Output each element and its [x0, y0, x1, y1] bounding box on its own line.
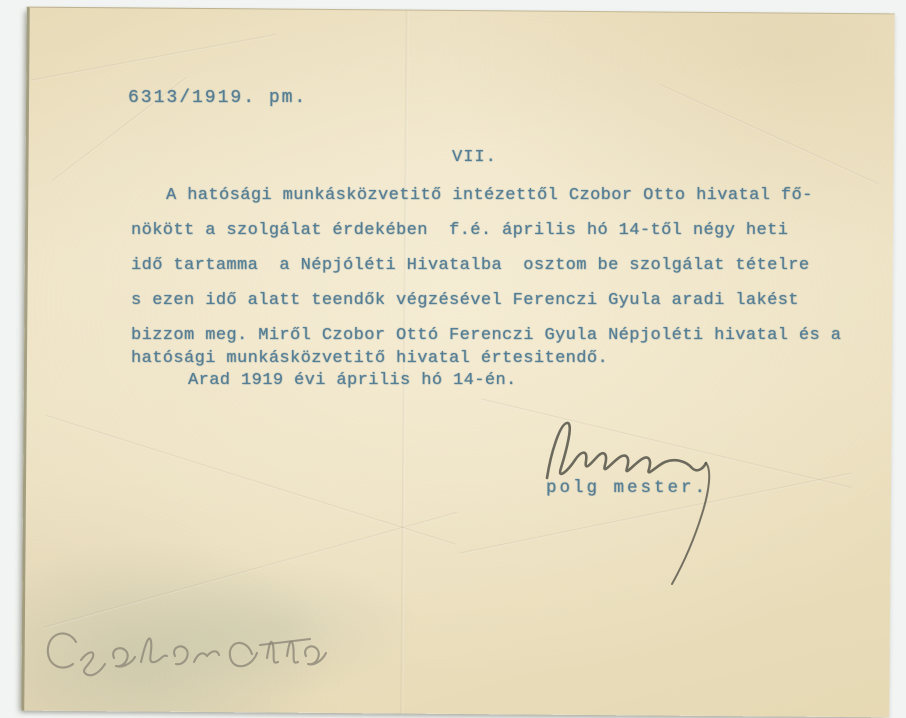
signature-title: polg mester. [546, 478, 708, 498]
scanned-document: 6313/1919. pm. VII. A hatósági munkásköz… [0, 0, 906, 718]
body-line-5: bizzom meg. Miről Czobor Ottó Ferenczi G… [131, 326, 841, 345]
paper-crease [31, 34, 277, 82]
body-line-2: nökött a szolgálat érdekében f.é. áprili… [131, 221, 788, 240]
body-line-4: s ezen idő alatt teendők végzésével Fere… [131, 291, 799, 310]
date-line: Arad 1919 évi április hó 14-én. [188, 371, 517, 390]
section-heading: VII. [452, 148, 497, 167]
paper-crease [481, 398, 851, 488]
body-line-3: idő tartamma a Népjóléti Hivatalba oszto… [131, 256, 810, 275]
body-line-1: A hatósági munkásközvetitő intézettől Cz… [166, 186, 813, 205]
body-line-6: hatósági munkásközvetitő hivatal értesit… [131, 349, 608, 368]
reference-number: 6313/1919. pm. [128, 88, 307, 108]
paper-crease [46, 415, 457, 546]
paper-crease [43, 512, 458, 629]
paper-crease [659, 84, 878, 185]
